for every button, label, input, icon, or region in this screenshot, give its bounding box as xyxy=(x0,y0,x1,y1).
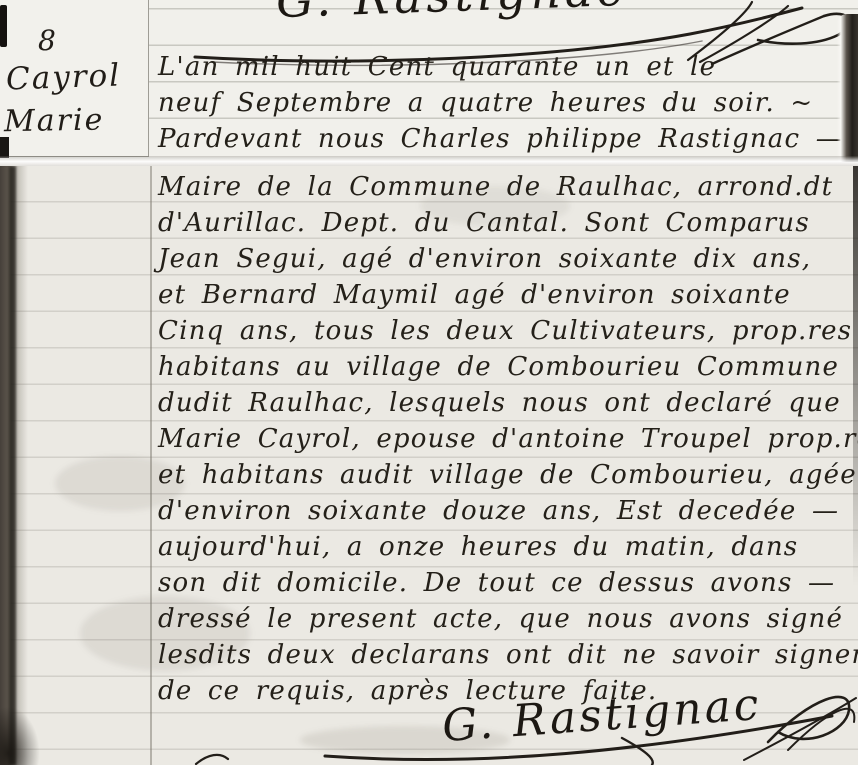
body-line: Pardevant nous Charles philippe Rastigna… xyxy=(158,122,858,158)
body-line: neuf Septembre a quatre heures du soir. … xyxy=(158,86,858,122)
document-scan: 8 Cayrol Marie G. Rastignac L'an mil hui… xyxy=(0,0,858,765)
act-text-upper: L'an mil huit Cent quarante un et le neu… xyxy=(158,50,858,158)
register-page-upper: 8 Cayrol Marie G. Rastignac L'an mil hui… xyxy=(0,0,858,162)
page-edge-shadow-right xyxy=(837,14,858,162)
signature-flourish-icon xyxy=(0,166,858,765)
body-line: L'an mil huit Cent quarante un et le xyxy=(158,50,858,86)
page-edge-mark xyxy=(0,5,7,47)
register-page-lower: Maire de la Commune de Raulhac, arrond.d… xyxy=(0,166,858,765)
page-edge-mark xyxy=(0,137,9,158)
